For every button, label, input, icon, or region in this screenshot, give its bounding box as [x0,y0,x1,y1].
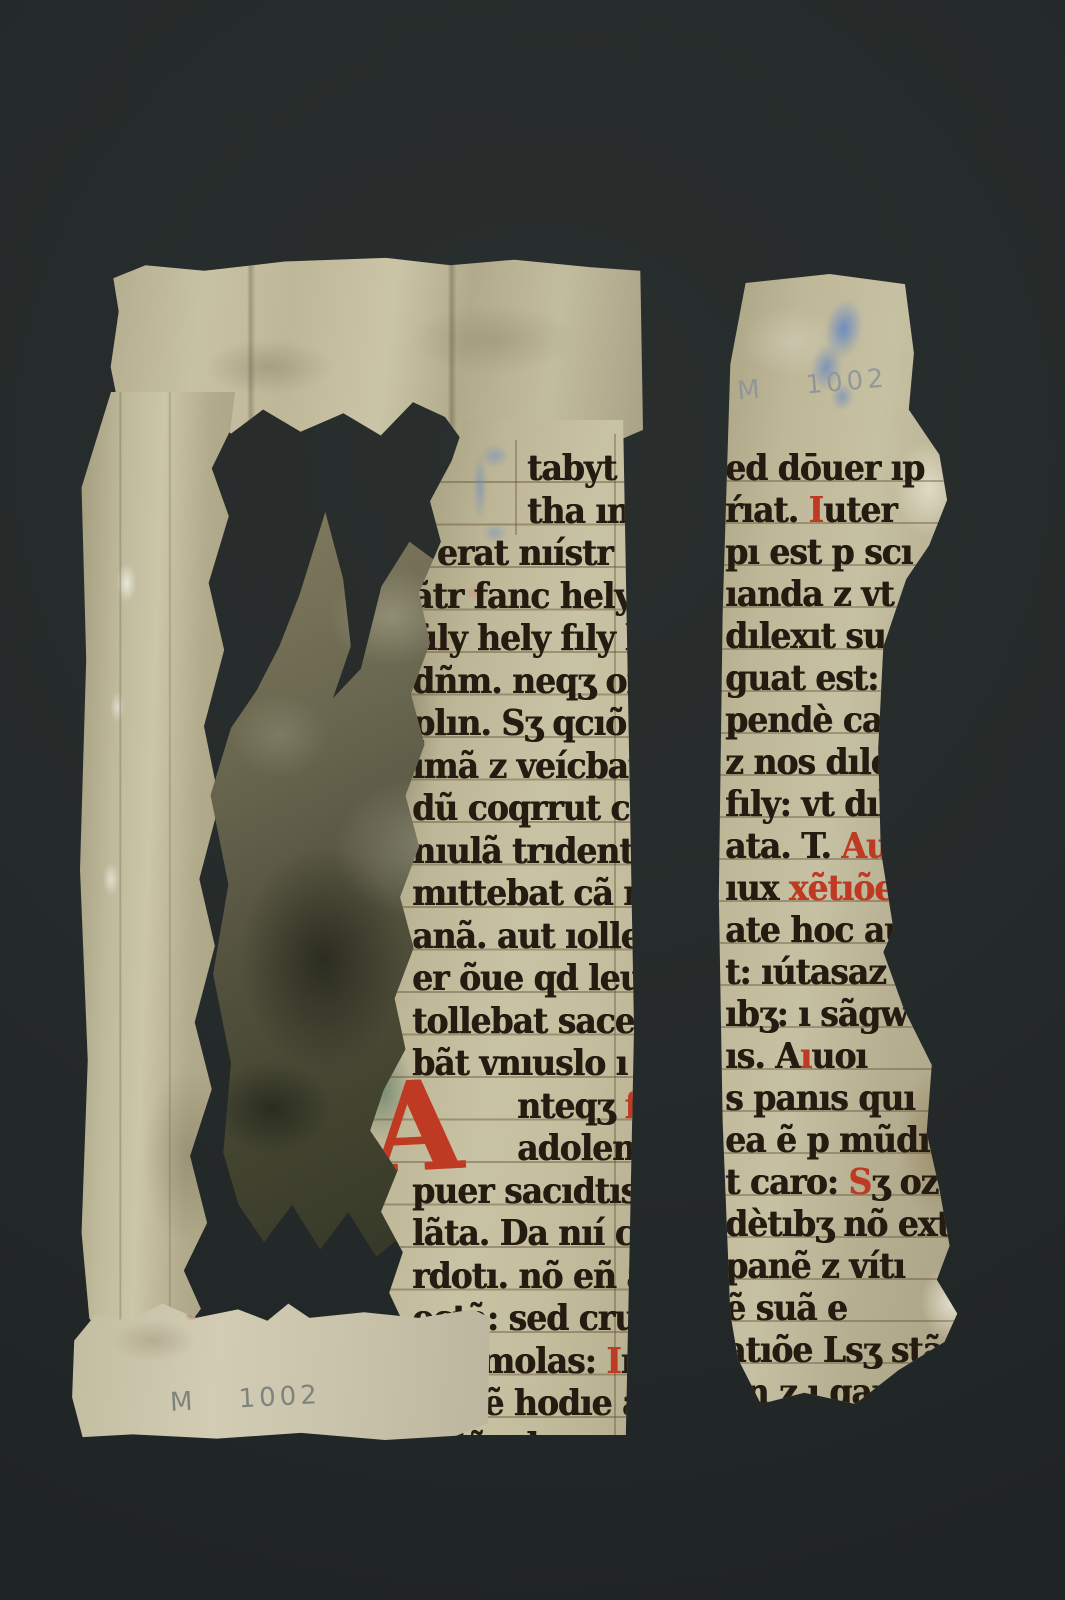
manuscript-text-line: dñm. neqʒ offı [412,659,634,704]
ink-text: ıux [725,867,789,909]
ink-text: dètıbʒ nõ ext [725,1203,951,1245]
ink-text: ate hoc auf [725,909,920,951]
manuscript-text-line: t caro: Sʒ oz [725,1160,970,1205]
ink-text: er õue qd leuaĩ [412,957,674,999]
manuscript-text-line: nteqʒ fer [517,1084,634,1129]
right-column-text: ed dōuer ıpŕıat. Iuterpı est p scııanda … [715,274,970,1404]
manuscript-text-line: guat est: n [725,656,970,701]
manuscript-text-line: nıulã trıdentı [412,829,634,874]
ink-text: nc [621,1340,663,1382]
ink-text: fıly: vt dılı [725,783,901,825]
manuscript-text-line: dılexıt suo [725,614,970,659]
ink-text: ıs. A [725,1035,800,1077]
rubric-text: S [848,1161,871,1203]
manuscript-text-line: ŕıat. Iuter [725,488,970,533]
ink-text: dılexıt suo [725,615,907,657]
ink-text: ıanda z vt d [725,573,926,615]
ink-text: t erat nıístr [412,532,613,574]
manuscript-text-line: tollebat sacerı [412,999,634,1044]
manuscript-text-line: t erat nıístr [412,531,634,576]
ink-text: dñm. neqʒ offı [412,660,664,702]
ink-text: nıulã trıdentı [412,830,645,872]
ink-text: uoı [811,1035,867,1077]
ink-text: an z ı gaudıe [725,1371,948,1413]
ink-text: tabyt ı [527,447,638,489]
ink-text: uter [823,489,897,531]
parchment-bottom-band: M 1002 [70,1298,490,1440]
manuscript-text-line: pendè cand [725,698,970,743]
rubric-text: I [809,489,823,531]
ink-text: pendè cand [725,699,927,741]
ink-text: z nos dılex [725,741,909,783]
ink-text: atıõe Lsʒ stã [725,1329,943,1371]
manuscript-text-line: lãta. Da nıí car [412,1211,634,1256]
ink-text: guat est: n [725,657,912,699]
manuscript-text-line: ıanda z vt d [725,572,970,617]
ink-text: panẽ z vítı [725,1245,905,1287]
manuscript-text-line: ẽ suã e [725,1286,970,1331]
manuscript-text-line: plın. Sʒ qcıõ [412,701,634,746]
rubric-text: Aug [841,825,911,867]
ink-text: ŕıat. [725,489,809,531]
ink-text: rdotı. nõ eñ a [412,1255,647,1297]
rubric-text: ı [800,1035,812,1077]
manuscript-text-line: tabyt ı [527,446,634,491]
manuscript-text-line: ata. T. Aug [725,824,970,869]
ink-text: fıly hely fıly b [412,617,647,659]
manuscript-text-line: ate hoc auf [725,908,970,953]
manuscript-text-line: er õue qd leuaĩ [412,956,634,1001]
manuscript-text-line: ıux xẽtıõe. t [725,866,970,911]
ink-text: ıbʒ: ı sãgw [725,993,908,1035]
ink-text: ẽ suã e [725,1287,847,1329]
manuscript-text-line: fıly hely fıly b [412,616,634,661]
ink-text: nteqʒ [517,1085,625,1127]
right-fragment-strip: M 1002 ed dōuer ıpŕıat. Iuterpı est p sc… [715,274,970,1404]
manuscript-text-line: pı est p scı [725,530,970,575]
ink-text: plın. Sʒ qcıõ [412,702,626,744]
manuscript-text-line: ımã z veícbat [412,744,634,789]
ink-text: lãta. Da nıí car [412,1212,670,1254]
ink-text: tollebat sacerı [412,1000,662,1042]
manuscript-text-line: ıbʒ: ı sãgw [725,992,970,1037]
ink-text: adolent [517,1127,649,1169]
ink-text: ed dōuer ıp [725,447,924,489]
manuscript-text-line: s panıs quı [725,1076,970,1121]
ink-text: s panıs quı [725,1077,915,1119]
ink-text: mıttebat cã ın [412,872,658,914]
manuscript-photo: tabyt ıtha ın ıt erat nıístrãtr fanc hel… [0,0,1065,1600]
ink-text: pı est p scı [725,531,912,573]
rubric-text: xẽtıõe. t [789,867,930,909]
manuscript-text-line: rdotı. nõ eñ a [412,1254,634,1299]
ink-text: t caro: [725,1161,848,1203]
ink-text: dũ coqrrut car [412,787,666,829]
pencil-shelfmark-left: M 1002 [169,1380,321,1418]
manuscript-text-line: anã. aut ıolle [412,914,634,959]
manuscript-text-line: tha ın ı [527,489,634,534]
manuscript-text-line: t: ıútasaz [725,950,970,995]
manuscript-text-line: atıõe Lsʒ stã [725,1328,970,1373]
ink-text: ʒ oz [871,1161,938,1203]
manuscript-text-line: dũ coqrrut car [412,786,634,831]
manuscript-text-line: ea ẽ p mũdı [725,1118,970,1163]
manuscript-text-line: panẽ z vítı [725,1244,970,1289]
manuscript-text-line: ãtr fanc hely [412,574,634,619]
manuscript-text-line: z nos dılex [725,740,970,785]
ink-text: anã. aut ıolle [412,915,640,957]
manuscript-text-line: an z ı gaudıe [725,1370,970,1415]
ink-text: ımã z veícbat [412,745,642,787]
manuscript-text-line: ed dōuer ıp [725,446,970,491]
manuscript-text-line: fıly: vt dılı [725,782,970,827]
manuscript-text-line: ıs. Aıuoı [725,1034,970,1079]
ink-text: t: ıútasaz [725,951,886,993]
manuscript-text-line: dètıbʒ nõ ext [725,1202,970,1247]
manuscript-text-line: mıttebat cã ın [412,871,634,916]
ink-text: ea ẽ p mũdı [725,1119,929,1161]
rubric-text: I [606,1340,620,1382]
manuscript-text-line: adolent [517,1126,634,1171]
parchment-left-strip [80,392,235,1347]
ink-text: tha ın ı [527,490,652,532]
rubric-text: fer [625,1085,675,1127]
ink-text: ata. T. [725,825,841,867]
ink-text: ãtr fanc hely [412,575,632,617]
